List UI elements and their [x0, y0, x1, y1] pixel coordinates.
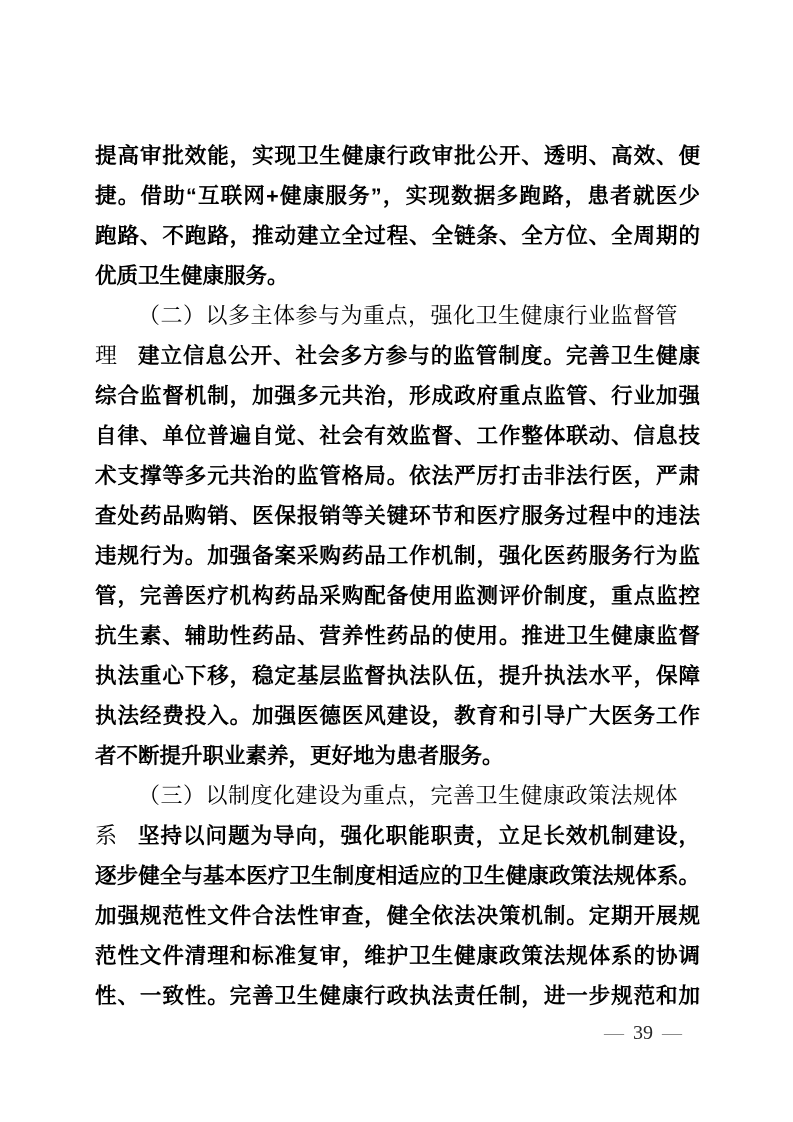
body-line: 捷。借助“互联网+健康服务”，实现数据多跑路，患者就医少	[95, 176, 700, 216]
section-heading-three: （三）以制度化建设为重点，完善卫生健康政策法规体系	[95, 776, 700, 816]
document-text-block: 提高审批效能，实现卫生健康行政审批公开、透明、高效、便 捷。借助“互联网+健康服…	[95, 136, 700, 1016]
body-line: 者不断提升职业素养，更好地为患者服务。	[95, 736, 700, 776]
body-line: 建立信息公开、社会多方参与的监管制度。完善卫生健康	[95, 336, 700, 376]
body-line: 自律、单位普遍自觉、社会有效监督、工作整体联动、信息技	[95, 416, 700, 456]
body-line: 综合监督机制，加强多元共治，形成政府重点监管、行业加强	[95, 376, 700, 416]
body-line: 提高审批效能，实现卫生健康行政审批公开、透明、高效、便	[95, 136, 700, 176]
body-line: 执法重心下移，稳定基层监督执法队伍，提升执法水平，保障	[95, 656, 700, 696]
page-number-left-dash: —	[604, 1022, 624, 1044]
body-line: 性、一致性。完善卫生健康行政执法责任制，进一步规范和加	[95, 976, 700, 1016]
document-page: 提高审批效能，实现卫生健康行政审批公开、透明、高效、便 捷。借助“互联网+健康服…	[0, 0, 793, 1122]
body-line: 术支撑等多元共治的监管格局。依法严厉打击非法行医，严肃	[95, 456, 700, 496]
body-line: 查处药品购销、医保报销等关键环节和医疗服务过程中的违法	[95, 496, 700, 536]
body-line: 优质卫生健康服务。	[95, 256, 700, 296]
body-line: 抗生素、辅助性药品、营养性药品的使用。推进卫生健康监督	[95, 616, 700, 656]
body-line: 管，完善医疗机构药品采购配备使用监测评价制度，重点监控	[95, 576, 700, 616]
page-number-value: 39	[633, 1022, 653, 1044]
page-number-right-dash: —	[662, 1022, 682, 1044]
body-line: 违规行为。加强备案采购药品工作机制，强化医药服务行为监	[95, 536, 700, 576]
body-line: 范性文件清理和标准复审，维护卫生健康政策法规体系的协调	[95, 936, 700, 976]
body-line: 跑路、不跑路，推动建立全过程、全链条、全方位、全周期的	[95, 216, 700, 256]
body-line: 坚持以问题为导向，强化职能职责，立足长效机制建设，	[95, 816, 700, 856]
body-line: 加强规范性文件合法性审查，健全依法决策机制。定期开展规	[95, 896, 700, 936]
body-line: 逐步健全与基本医疗卫生制度相适应的卫生健康政策法规体系。	[95, 856, 700, 896]
section-heading-two: （二）以多主体参与为重点，强化卫生健康行业监督管理	[95, 296, 700, 336]
page-number: —39—	[576, 1021, 710, 1045]
body-line: 执法经费投入。加强医德医风建设，教育和引导广大医务工作	[95, 696, 700, 736]
